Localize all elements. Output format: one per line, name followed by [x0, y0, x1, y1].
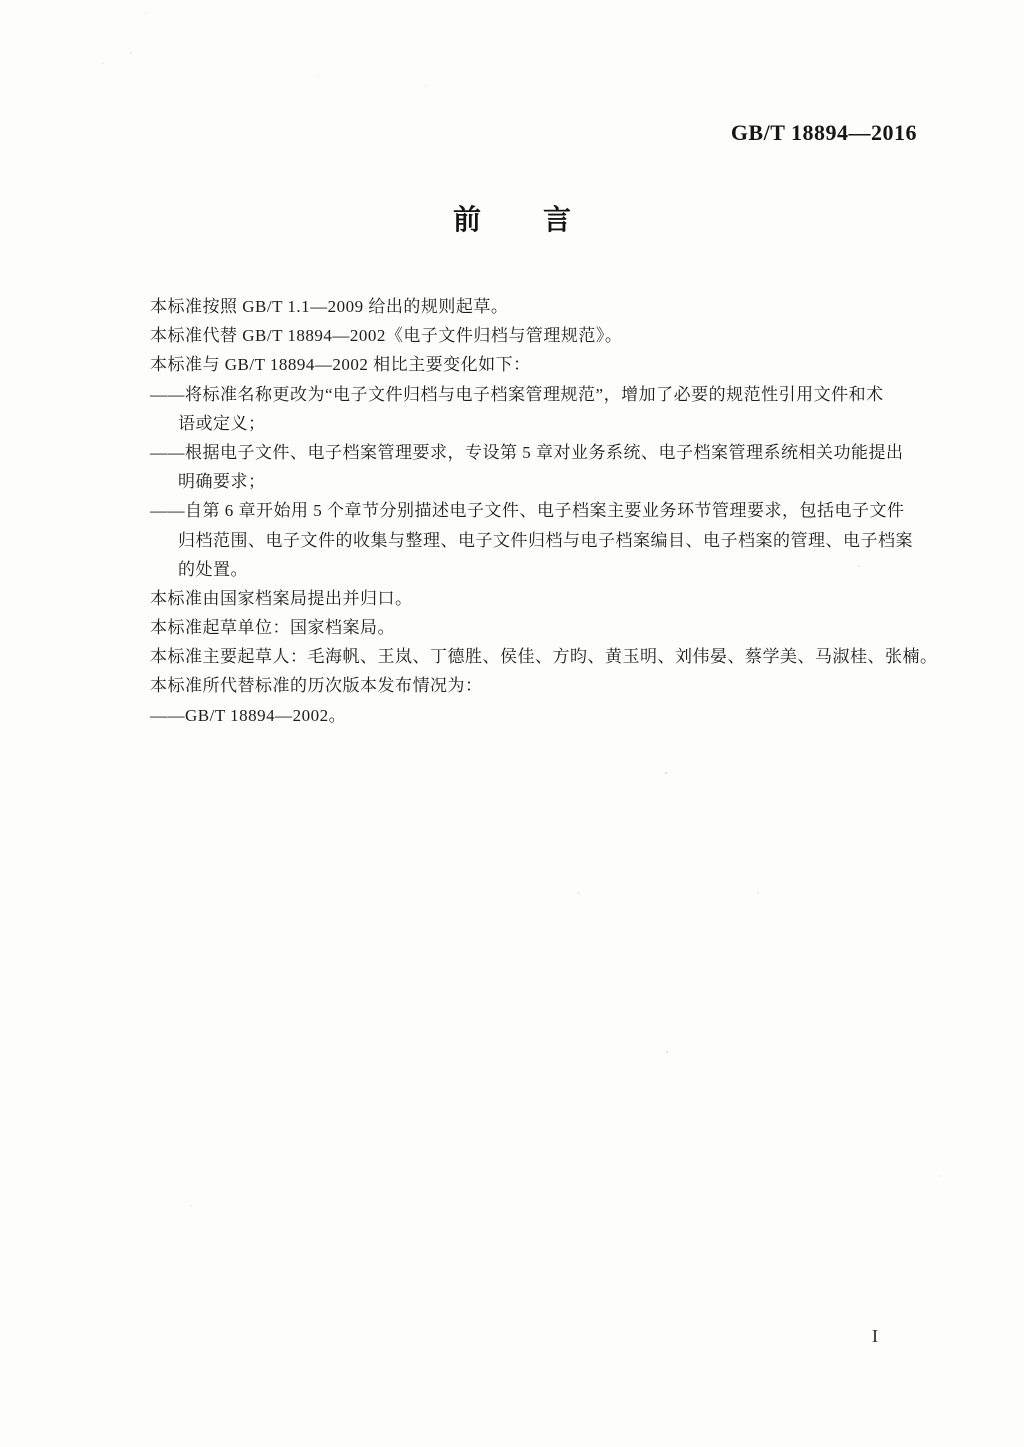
text-line: 本标准由国家档案局提出并归口。	[150, 584, 940, 613]
title-char-first: 前	[453, 203, 481, 237]
text-line: 明确要求；	[150, 467, 940, 496]
page-title: 前 言	[0, 203, 1024, 237]
text-line: ——自第 6 章开始用 5 个章节分别描述电子文件、电子档案主要业务环节管理要求…	[150, 496, 940, 525]
page-number: I	[872, 1326, 878, 1347]
text-line: 本标准所代替标准的历次版本发布情况为：	[150, 671, 940, 700]
standard-code: GB/T 18894—2016	[731, 120, 917, 146]
scanned-document-page: GB/T 18894—2016 前 言 本标准按照 GB/T 1.1—2009 …	[0, 0, 1024, 1447]
text-line: 本标准起草单位：国家档案局。	[150, 613, 940, 642]
scan-noise-specks	[0, 0, 2, 2]
text-line: ——根据电子文件、电子档案管理要求，专设第 5 章对业务系统、电子档案管理系统相…	[150, 438, 940, 467]
text-line: 语或定义；	[150, 409, 940, 438]
text-line: 本标准与 GB/T 18894—2002 相比主要变化如下：	[150, 350, 940, 379]
document-body: 本标准按照 GB/T 1.1—2009 给出的规则起草。本标准代替 GB/T 1…	[150, 292, 940, 730]
title-char-second: 言	[543, 203, 571, 237]
text-line: 本标准主要起草人：毛海帆、王岚、丁德胜、侯佳、方昀、黄玉明、刘伟晏、蔡学美、马淑…	[150, 642, 940, 671]
text-line: 归档范围、电子文件的收集与整理、电子文件归档与电子档案编目、电子档案的管理、电子…	[150, 526, 940, 555]
text-line: ——GB/T 18894—2002。	[150, 701, 940, 730]
text-line: 本标准代替 GB/T 18894—2002《电子文件归档与管理规范》。	[150, 321, 940, 350]
text-line: ——将标准名称更改为“电子文件归档与电子档案管理规范”，增加了必要的规范性引用文…	[150, 380, 940, 409]
text-line: 的处置。	[150, 555, 940, 584]
text-line: 本标准按照 GB/T 1.1—2009 给出的规则起草。	[150, 292, 940, 321]
